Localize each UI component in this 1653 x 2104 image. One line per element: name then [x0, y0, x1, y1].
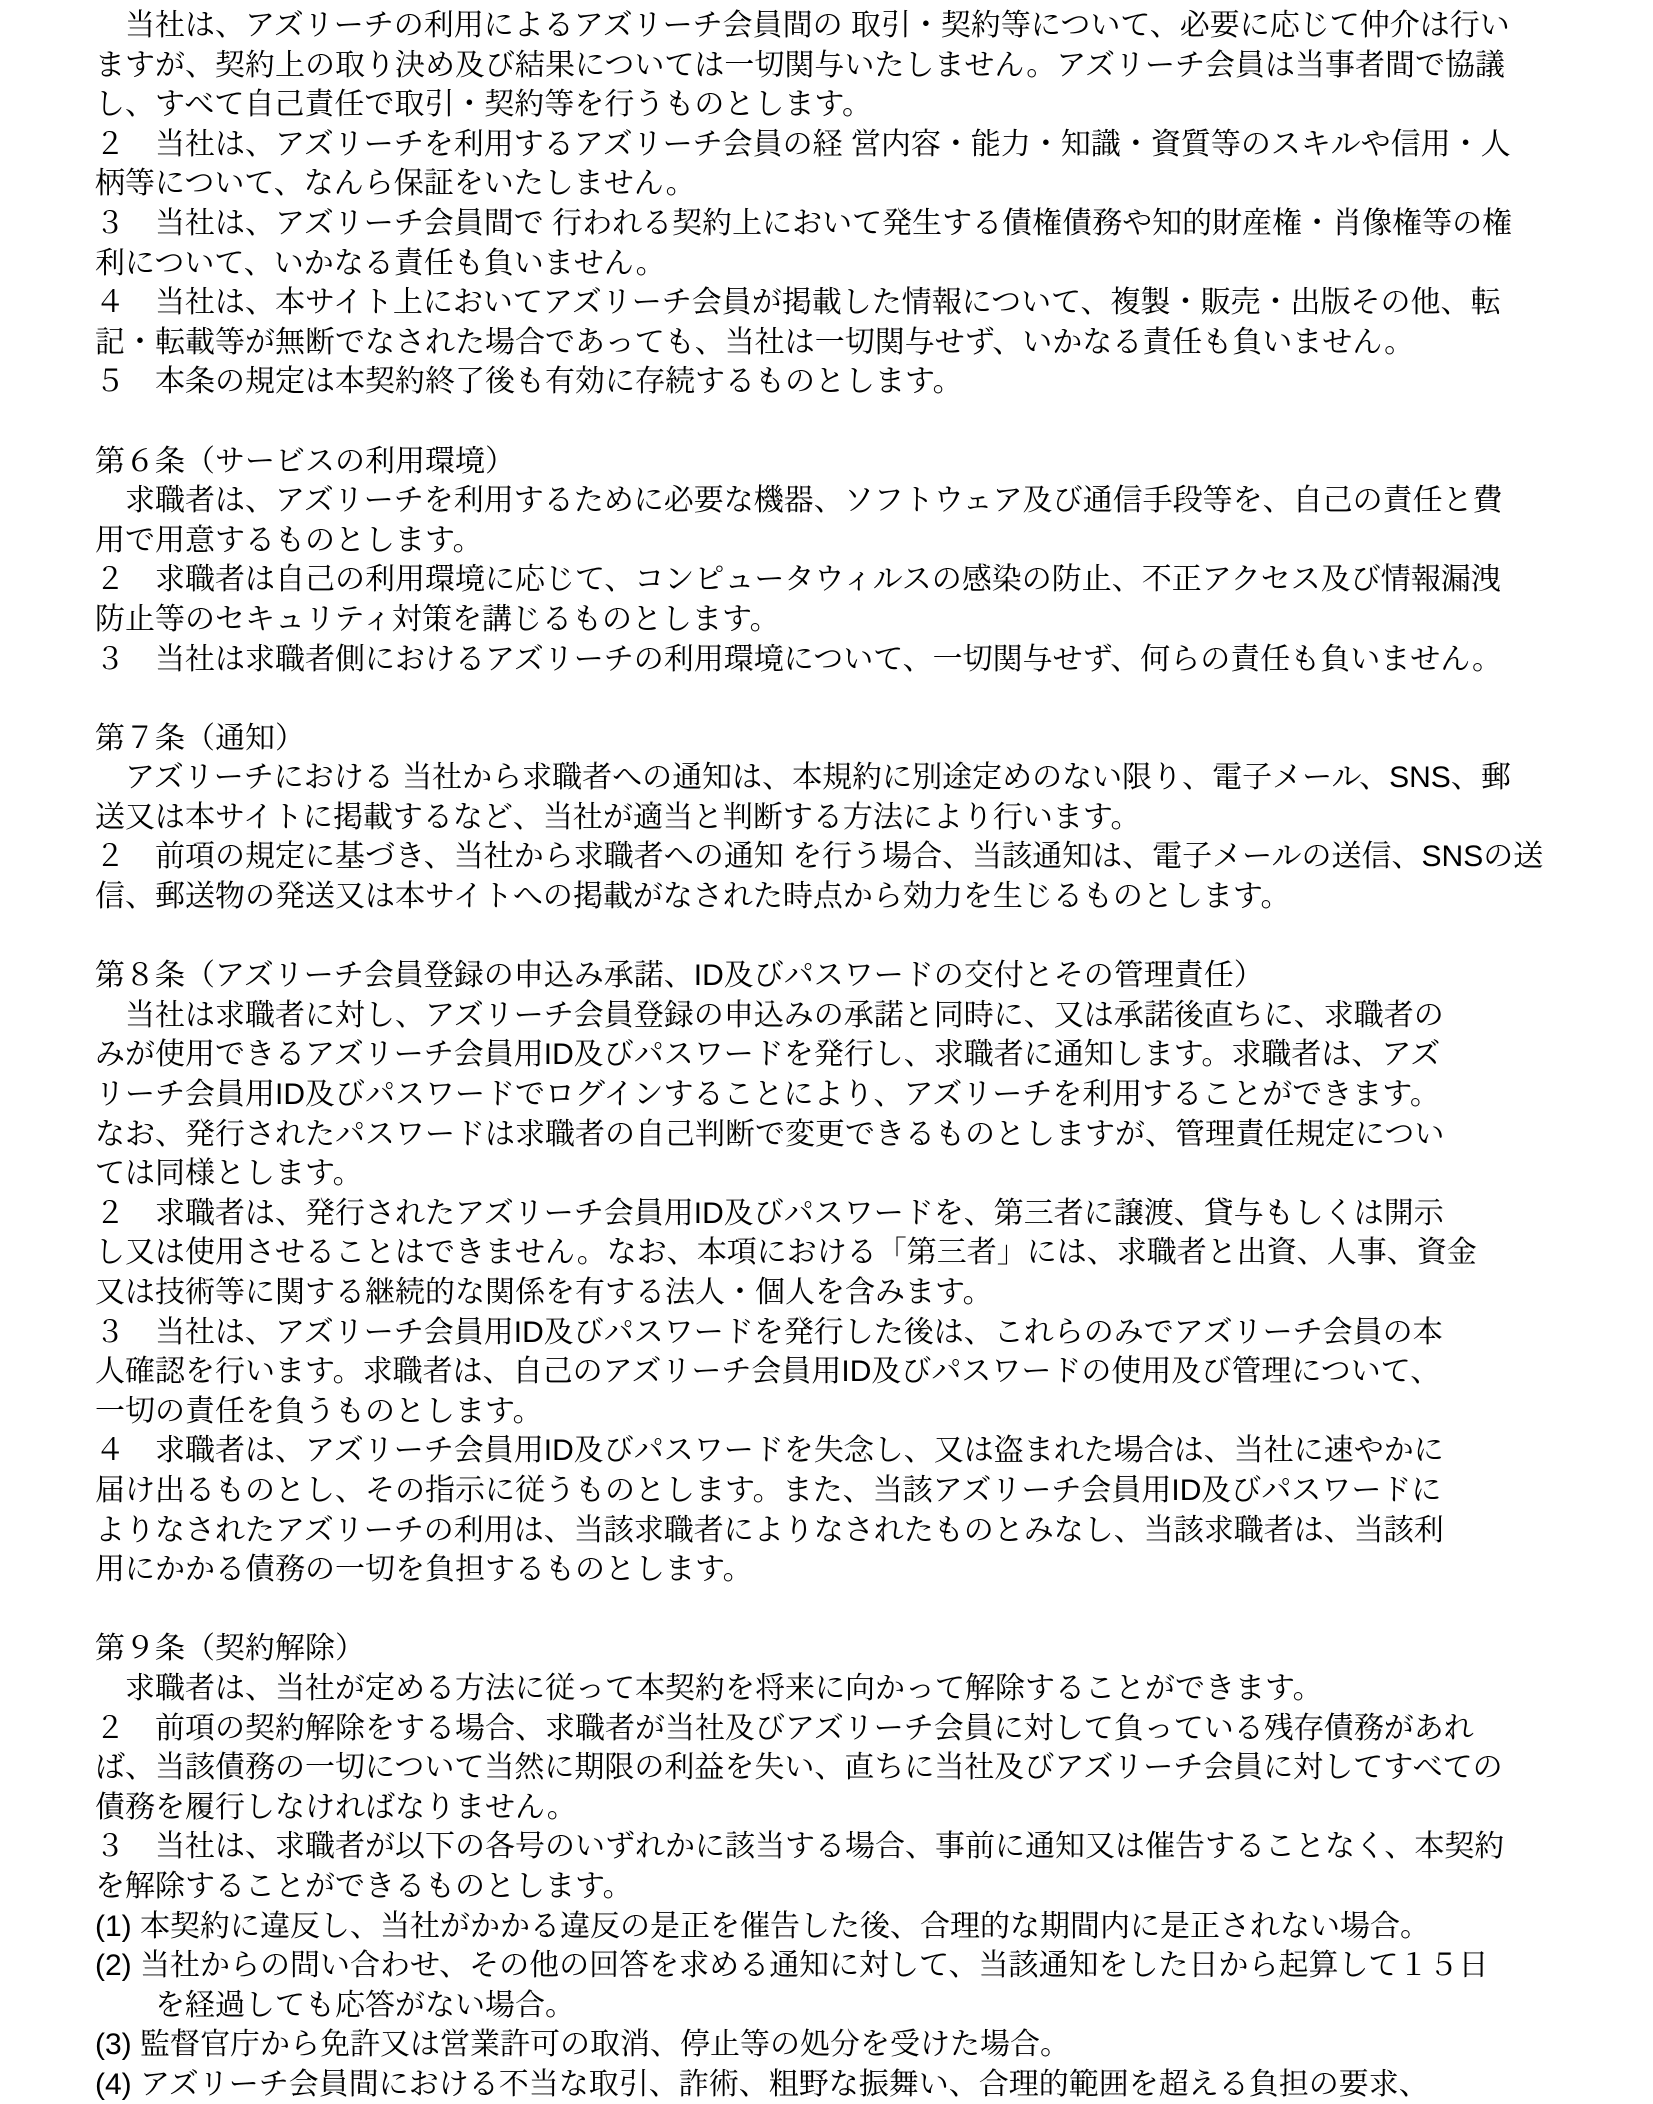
document-line: 送又は本サイトに掲載するなど、当社が適当と判断する方法により行います。 — [95, 798, 1593, 838]
blank-line — [95, 1590, 1593, 1630]
list-item-line: (4) アズリーチ会員間における不当な取引、詐術、粗野な振舞い、合理的範囲を超え… — [95, 2065, 1593, 2104]
document-line: 当社は求職者に対し、アズリーチ会員登録の申込みの承諾と同時に、又は承諾後直ちに、… — [95, 996, 1593, 1036]
blank-line — [95, 402, 1593, 442]
document-page: 当社は、アズリーチの利用によるアズリーチ会員間の 取引・契約等について、必要に応… — [0, 0, 1653, 2104]
clause-line: ５ 本条の規定は本契約終了後も有効に存続するものとします。 — [95, 362, 1593, 402]
list-item-line: (1) 本契約に違反し、当社がかかる違反の是正を催告した後、合理的な期間内に是正… — [95, 1907, 1593, 1947]
clause-line: ２ 当社は、アズリーチを利用するアズリーチ会員の経 営内容・能力・知識・資質等の… — [95, 125, 1593, 165]
article-heading: 第６条（サービスの利用環境） — [95, 442, 1593, 482]
document-line: し又は使用させることはできません。なお、本項における「第三者」には、求職者と出資… — [95, 1233, 1593, 1273]
clause-line: ２ 前項の規定に基づき、当社から求職者への通知 を行う場合、当該通知は、電子メー… — [95, 837, 1593, 877]
document-line: なお、発行されたパスワードは求職者の自己判断で変更できるものとしますが、管理責任… — [95, 1115, 1593, 1155]
clause-line: ２ 求職者は、発行されたアズリーチ会員用ID及びパスワードを、第三者に譲渡、貸与… — [95, 1194, 1593, 1234]
document-line: 又は技術等に関する継続的な関係を有する法人・個人を含みます。 — [95, 1273, 1593, 1313]
clause-line: ２ 前項の契約解除をする場合、求職者が当社及びアズリーチ会員に対して負っている残… — [95, 1709, 1593, 1749]
document-line: 信、郵送物の発送又は本サイトへの掲載がなされた時点から効力を生じるものとします。 — [95, 877, 1593, 917]
document-line: 利について、いかなる責任も負いません。 — [95, 244, 1593, 284]
clause-line: ３ 当社は、アズリーチ会員間で 行われる契約上において発生する債権債務や知的財産… — [95, 204, 1593, 244]
document-line: 求職者は、当社が定める方法に従って本契約を将来に向かって解除することができます。 — [95, 1669, 1593, 1709]
document-line: 記・転載等が無断でなされた場合であっても、当社は一切関与せず、いかなる責任も負い… — [95, 323, 1593, 363]
document-line: ますが、契約上の取り決め及び結果については一切関与いたしません。アズリーチ会員は… — [95, 46, 1593, 86]
document-line: 用で用意するものとします。 — [95, 521, 1593, 561]
document-line: 求職者は、アズリーチを利用するために必要な機器、ソフトウェア及び通信手段等を、自… — [95, 481, 1593, 521]
clause-line: ４ 当社は、本サイト上においてアズリーチ会員が掲載した情報について、複製・販売・… — [95, 283, 1593, 323]
terms-document: 当社は、アズリーチの利用によるアズリーチ会員間の 取引・契約等について、必要に応… — [95, 6, 1593, 2104]
document-line: アズリーチにおける 当社から求職者への通知は、本規約に別途定めのない限り、電子メ… — [95, 758, 1593, 798]
list-item-line: (3) 監督官庁から免許又は営業許可の取消、停止等の処分を受けた場合。 — [95, 2025, 1593, 2065]
document-line: 一切の責任を負うものとします。 — [95, 1392, 1593, 1432]
list-item-continuation: を経過しても応答がない場合。 — [95, 1986, 1593, 2026]
document-line: よりなされたアズリーチの利用は、当該求職者によりなされたものとみなし、当該求職者… — [95, 1511, 1593, 1551]
list-item-line: (2) 当社からの問い合わせ、その他の回答を求める通知に対して、当該通知をした日… — [95, 1946, 1593, 1986]
document-line: 当社は、アズリーチの利用によるアズリーチ会員間の 取引・契約等について、必要に応… — [95, 6, 1593, 46]
article-heading: 第７条（通知） — [95, 719, 1593, 759]
clause-line: ３ 当社は求職者側におけるアズリーチの利用環境について、一切関与せず、何らの責任… — [95, 640, 1593, 680]
clause-line: ３ 当社は、アズリーチ会員用ID及びパスワードを発行した後は、これらのみでアズリ… — [95, 1313, 1593, 1353]
clause-line: ３ 当社は、求職者が以下の各号のいずれかに該当する場合、事前に通知又は催告するこ… — [95, 1827, 1593, 1867]
blank-line — [95, 679, 1593, 719]
article-heading: 第９条（契約解除） — [95, 1629, 1593, 1669]
document-line: 防止等のセキュリティ対策を講じるものとします。 — [95, 600, 1593, 640]
document-line: みが使用できるアズリーチ会員用ID及びパスワードを発行し、求職者に通知します。求… — [95, 1035, 1593, 1075]
document-line: 届け出るものとし、その指示に従うものとします。また、当該アズリーチ会員用ID及び… — [95, 1471, 1593, 1511]
blank-line — [95, 917, 1593, 957]
article-heading: 第８条（アズリーチ会員登録の申込み承諾、ID及びパスワードの交付とその管理責任） — [95, 956, 1593, 996]
document-line: リーチ会員用ID及びパスワードでログインすることにより、アズリーチを利用すること… — [95, 1075, 1593, 1115]
clause-line: ４ 求職者は、アズリーチ会員用ID及びパスワードを失念し、又は盗まれた場合は、当… — [95, 1431, 1593, 1471]
document-line: 債務を履行しなければなりません。 — [95, 1788, 1593, 1828]
document-line: を解除することができるものとします。 — [95, 1867, 1593, 1907]
document-line: 人確認を行います。求職者は、自己のアズリーチ会員用ID及びパスワードの使用及び管… — [95, 1352, 1593, 1392]
document-line: 柄等について、なんら保証をいたしません。 — [95, 164, 1593, 204]
document-line: し、すべて自己責任で取引・契約等を行うものとします。 — [95, 85, 1593, 125]
document-line: ては同様とします。 — [95, 1154, 1593, 1194]
document-line: 用にかかる債務の一切を負担するものとします。 — [95, 1550, 1593, 1590]
clause-line: ２ 求職者は自己の利用環境に応じて、コンピュータウィルスの感染の防止、不正アクセ… — [95, 560, 1593, 600]
document-line: ば、当該債務の一切について当然に期限の利益を失い、直ちに当社及びアズリーチ会員に… — [95, 1748, 1593, 1788]
